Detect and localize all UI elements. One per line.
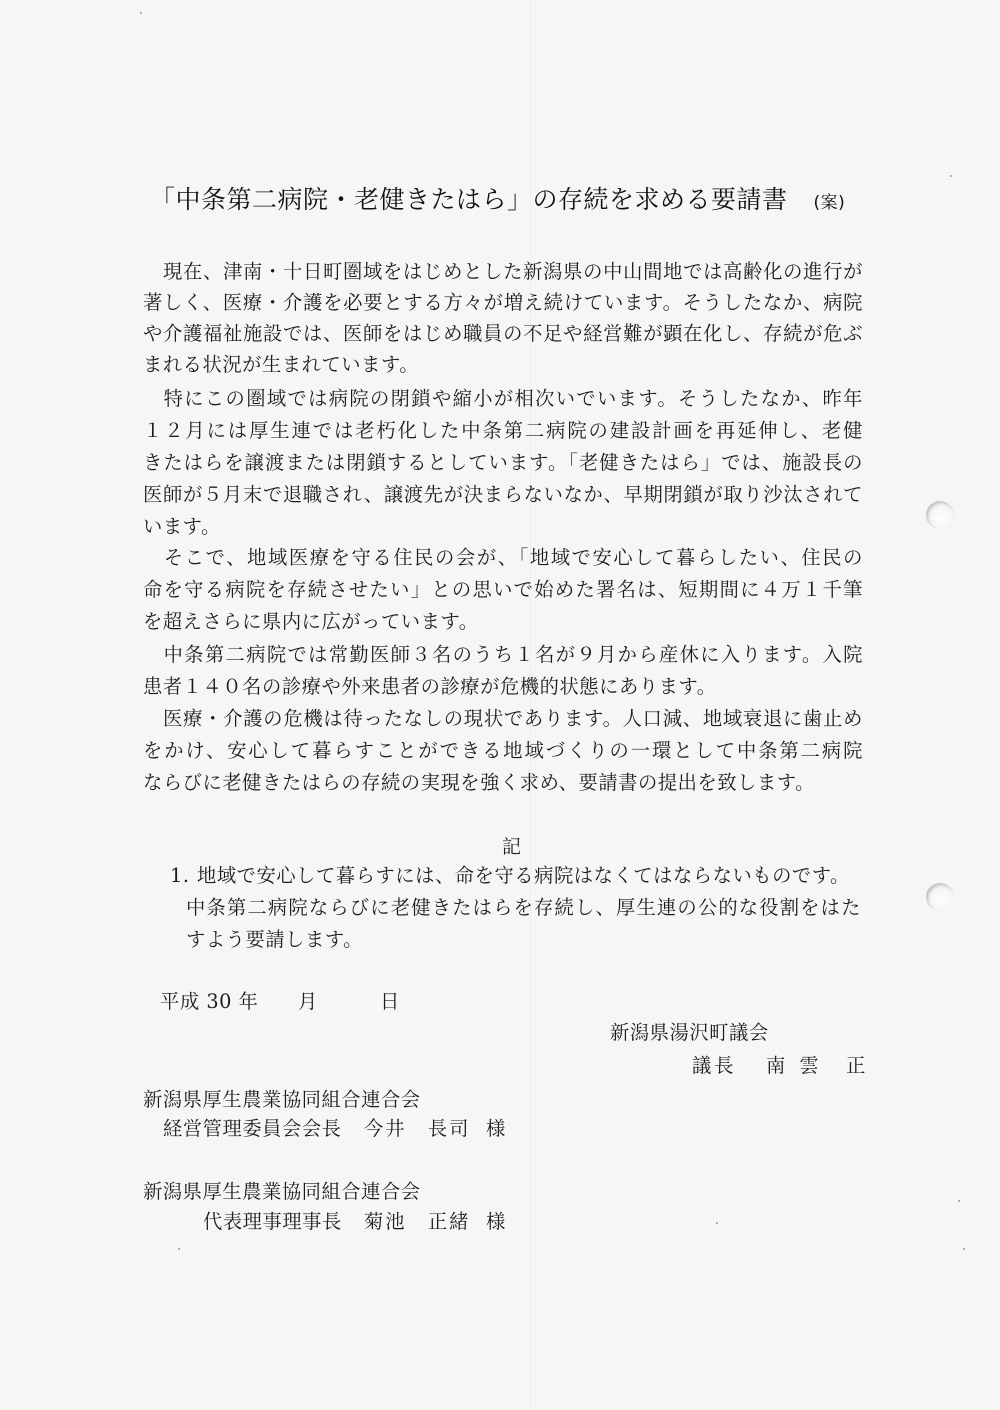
draft-mark: (案)	[814, 193, 846, 213]
body-line: を超えさらに県内に広がっています。	[143, 610, 863, 634]
body-line: １２月には厚生連では老朽化した中条第二病院の建設計画を再延伸し、老健	[143, 419, 863, 443]
body-line: 医療・介護の危機は待ったなしの現状であります。人口減、地域衰退に歯止め	[143, 707, 863, 731]
sender-organization: 新潟県湯沢町議会	[610, 1021, 810, 1045]
document-page: 「中条第二病院・老健きたはら」の存続を求める要請書(案) 現在、津南・十日町圏域…	[0, 0, 1000, 1410]
sender-title: 議長	[692, 1054, 752, 1078]
body-line: そこで、地域医療を守る住民の会が、「地域で安心して暮らしたい、住民の	[143, 546, 863, 570]
item-line: 地域で安心して暮らすには、命を守る病院はなくてはならないものです。	[197, 864, 857, 888]
item-number: 1.	[170, 864, 190, 888]
body-line: ならびに老健きたはらの存続の実現を強く求め、要請書の提出を致します。	[143, 771, 863, 795]
paper-speck	[963, 1248, 965, 1250]
item-line: 中条第二病院ならびに老健きたはらを存続し、厚生連の公的な役割をはた	[186, 896, 861, 920]
title-text: 「中条第二病院・老健きたはら」の存続を求める要請書	[150, 185, 788, 214]
body-line: まれる状況が生まれています。	[143, 353, 863, 377]
body-line: や介護福祉施設では、医師をはじめ職員の不足や経営難が顕在化し、存続が危ぶ	[143, 322, 863, 346]
paper-speck	[958, 1200, 960, 1202]
body-line: 命を守る病院を存続させたい」との思いで始めた署名は、短期間に４万１千筆	[143, 578, 863, 602]
body-line: います。	[143, 515, 863, 539]
recipient-1-honorific: 様	[486, 1117, 516, 1141]
ki-heading: 記	[502, 832, 521, 859]
body-line: きたはらを譲渡または閉鎖するとしています。「老健きたはら」では、施設長の	[143, 451, 863, 475]
recipient-1-organization: 新潟県厚生農業協同組合連合会	[143, 1088, 443, 1112]
document-title: 「中条第二病院・老健きたはら」の存続を求める要請書(案)	[150, 180, 880, 216]
item-line: すよう要請します。	[186, 928, 861, 952]
paper-speck	[178, 1248, 180, 1250]
body-line: 医師が５月末で退職され、譲渡先が決まらないなか、早期閉鎖が取り沙汰されて	[143, 483, 863, 507]
recipient-2-name: 菊池 正緒	[364, 1210, 484, 1234]
body-line: 特にこの圏域では病院の閉鎖や縮小が相次いでいます。そうしたなか、昨年	[143, 387, 863, 411]
recipient-2-title: 代表理事理事長	[203, 1210, 353, 1234]
recipient-1-title: 経営管理委員会会長	[163, 1117, 353, 1141]
punch-hole-bottom	[926, 883, 954, 911]
date-month: 月	[298, 990, 328, 1014]
body-line: をかけ、安心して暮らすことができる地域づくりの一環として中条第二病院	[143, 739, 863, 763]
paper-speck	[950, 175, 952, 177]
sender-name: 南 雲 正	[766, 1054, 866, 1078]
recipient-1-name: 今井 長司	[364, 1117, 484, 1141]
date-era-year: 平成 30 年	[160, 990, 280, 1014]
paper-speck	[716, 1222, 718, 1224]
body-line: 現在、津南・十日町圏域をはじめとした新潟県の中山間地では高齢化の進行が	[143, 260, 863, 284]
paper-speck	[140, 12, 142, 14]
body-line: 中条第二病院では常勤医師３名のうち１名が９月から産休に入ります。入院	[143, 643, 863, 667]
recipient-2-organization: 新潟県厚生農業協同組合連合会	[143, 1180, 443, 1204]
body-line: 患者１４０名の診療や外来患者の診療が危機的状態にあります。	[143, 675, 863, 699]
body-line: 著しく、医療・介護を必要とする方々が増え続けています。そうしたなか、病院	[143, 291, 863, 315]
recipient-2-honorific: 様	[486, 1210, 516, 1234]
punch-hole-top	[926, 501, 954, 529]
date-day: 日	[380, 990, 410, 1014]
